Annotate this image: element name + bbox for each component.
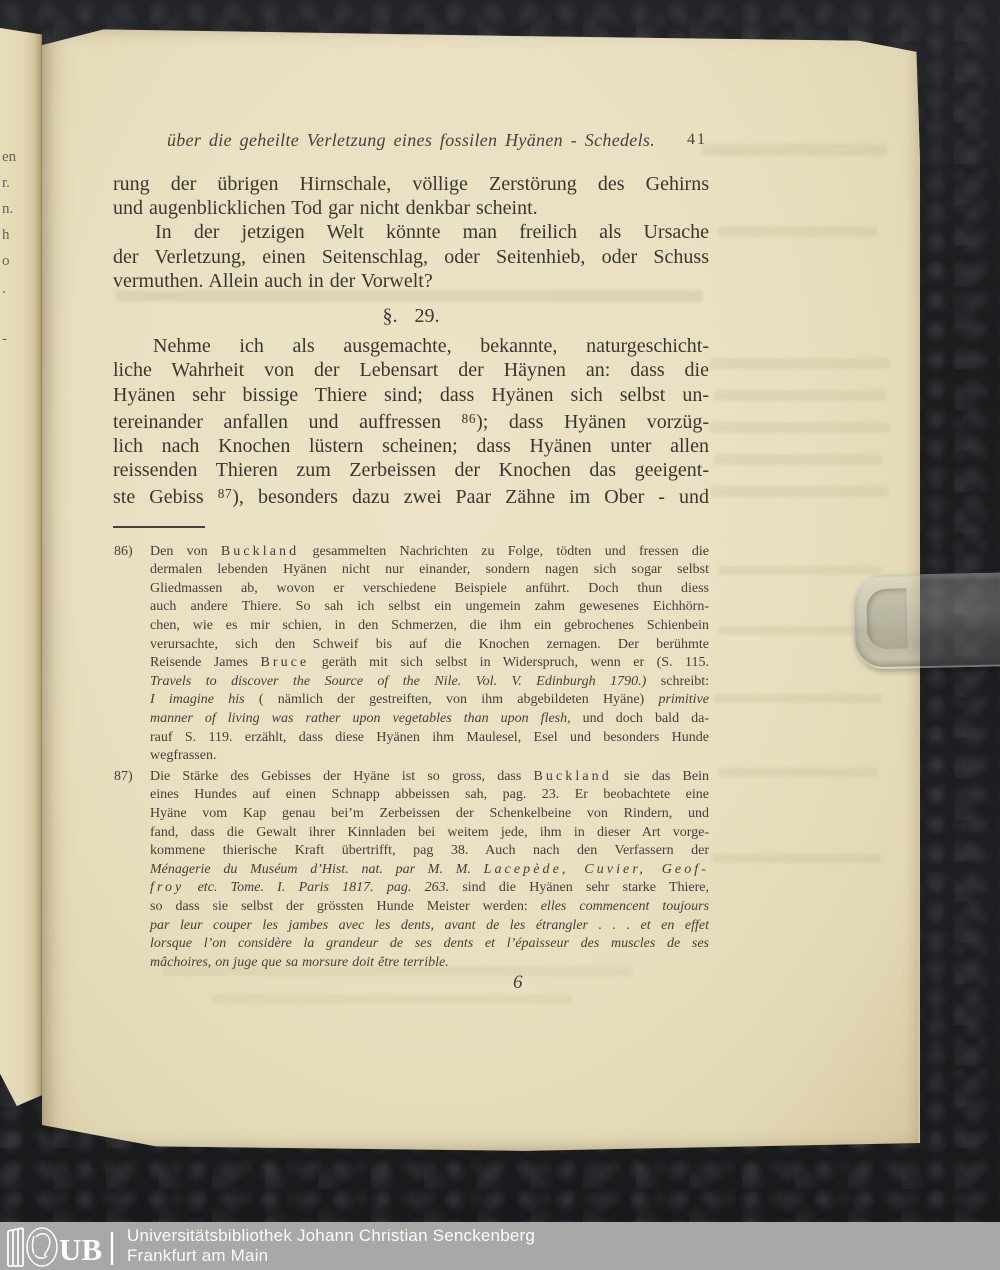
ub-logo-text: UB: [59, 1232, 102, 1267]
institution-line2: Frankfurt am Main: [127, 1246, 535, 1266]
page-stack-bottom-edge: [150, 1151, 923, 1161]
book-scan-viewport: enr.n.ho.- über die geheilte Verletzung …: [0, 0, 1000, 1270]
paragraph-3: Nehme ich als ausgemachte, bekannte, nat…: [113, 334, 709, 509]
goethe-portrait-icon: [27, 1228, 57, 1266]
running-header: über die geheilte Verletzung eines fossi…: [113, 130, 709, 154]
page-holder-clip: [852, 572, 1000, 669]
text-block: über die geheilte Verletzung eines fossi…: [113, 130, 709, 994]
footnote-87-text: Die Stärke des Gebisses der Hyäne ist so…: [150, 768, 709, 973]
footnote-86-marker: 86): [114, 543, 133, 562]
page-number: 41: [687, 131, 707, 149]
page-holder-clip-tip: [866, 588, 907, 649]
ub-library-logo: UB: [5, 1224, 117, 1268]
section-heading: §. 29.: [113, 305, 709, 329]
footnote-86: 86) Den von Buckland gesammelten Nachric…: [113, 543, 709, 766]
book-spines-icon: [8, 1228, 23, 1266]
running-title: über die geheilte Verletzung eines fossi…: [167, 130, 655, 150]
library-footer-bar: UB Universitätsbibliothek Johann Christi…: [0, 1222, 1000, 1270]
footnote-87: 87) Die Stärke des Gebisses der Hyäne is…: [113, 768, 709, 973]
paragraph-2: In der jetzigen Welt könnte man freilich…: [113, 220, 709, 293]
institution-name: Universitätsbibliothek Johann Christian …: [127, 1226, 535, 1265]
footnote-86-text: Den von Buckland gesammelten Nachrichten…: [150, 543, 709, 766]
paragraph-1: rung der übrigen Hirnschale, völlige Zer…: [113, 172, 709, 220]
footnote-separator-rule: [113, 526, 205, 528]
institution-line1: Universitätsbibliothek Johann Christian …: [127, 1226, 535, 1246]
signature-mark: 6: [513, 972, 523, 994]
signature-row: 6: [113, 972, 709, 994]
scanned-page: über die geheilte Verletzung eines fossi…: [42, 26, 920, 1152]
footnote-87-marker: 87): [114, 768, 133, 787]
facing-page-edge: enr.n.ho.-: [0, 28, 42, 1106]
facing-page-text-fragments: enr.n.ho.-: [2, 144, 20, 352]
